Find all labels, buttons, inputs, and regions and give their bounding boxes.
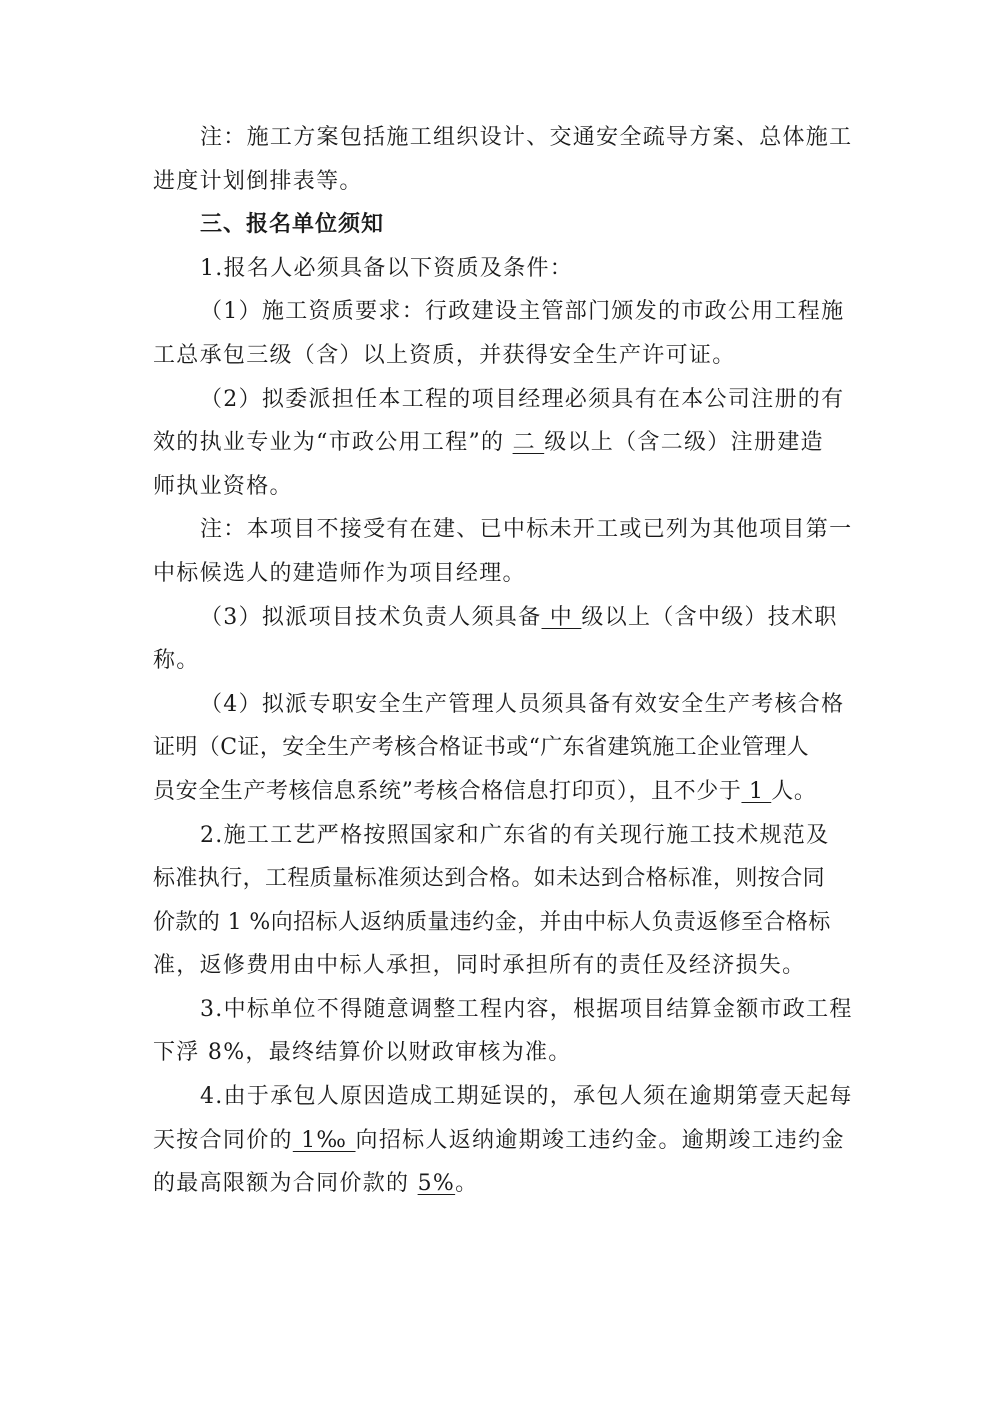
- sub-item-1-line-2: 工总承包三级（含）以上资质，并获得安全生产许可证。: [153, 334, 853, 378]
- item-3-line-2: 下浮 8%，最终结算价以财政审核为准。: [153, 1031, 853, 1075]
- note-project-manager-line-1: 注：本项目不接受有在建、已中标未开工或已列为其他项目第一: [153, 508, 853, 552]
- underlined-value-title-level: 中: [542, 605, 582, 630]
- sub-item-2-line-1: （2）拟委派担任本工程的项目经理必须具有在本公司注册的有: [153, 378, 853, 422]
- item-2-line-2: 标准执行，工程质量标准须达到合格。如未达到合格标准，则按合同: [153, 857, 853, 901]
- text-segment: 人。: [771, 779, 816, 804]
- sub-item-1-line-1: （1）施工资质要求：行政建设主管部门颁发的市政公用工程施: [153, 290, 853, 334]
- item-2-line-1: 2.施工工艺严格按照国家和广东省的有关现行施工技术规范及: [153, 814, 853, 858]
- item-4-line-2: 天按合同价的 1‰ 向招标人返纳逾期竣工违约金。逾期竣工违约金: [153, 1119, 853, 1163]
- note-project-manager-line-2: 中标候选人的建造师作为项目经理。: [153, 552, 853, 596]
- document-page: 注：施工方案包括施工组织设计、交通安全疏导方案、总体施工 进度计划倒排表等。 三…: [153, 116, 853, 1206]
- item-1-intro: 1.报名人必须具备以下资质及条件：: [153, 247, 853, 291]
- note-construction-plan-line-2: 进度计划倒排表等。: [153, 160, 853, 204]
- item-3-line-1: 3.中标单位不得随意调整工程内容，根据项目结算金额市政工程: [153, 988, 853, 1032]
- underlined-value-grade: 二: [513, 430, 545, 455]
- underlined-value-daily-penalty: 1‰: [293, 1128, 356, 1153]
- sub-item-2-line-2: 效的执业专业为“市政公用工程”的 二 级以上（含二级）注册建造: [153, 421, 853, 465]
- text-segment: （3）拟派项目技术负责人须具备: [200, 605, 542, 630]
- text-segment: 的最高限额为合同价款的: [153, 1171, 418, 1196]
- underlined-value-max-penalty: 5%: [418, 1171, 456, 1196]
- text-segment: 。: [455, 1171, 478, 1196]
- sub-item-4-line-2: 证明（C证，安全生产考核合格证书或“广东省建筑施工企业管理人: [153, 726, 853, 770]
- sub-item-2-line-3: 师执业资格。: [153, 465, 853, 509]
- note-construction-plan-line-1: 注：施工方案包括施工组织设计、交通安全疏导方案、总体施工: [153, 116, 853, 160]
- item-4-line-3: 的最高限额为合同价款的 5%。: [153, 1162, 853, 1206]
- item-2-line-4: 准，返修费用由中标人承担，同时承担所有的责任及经济损失。: [153, 944, 853, 988]
- text-segment: 天按合同价的: [153, 1128, 293, 1153]
- sub-item-3-line-2: 称。: [153, 639, 853, 683]
- text-segment: 级以上（含二级）注册建造: [544, 430, 824, 455]
- text-segment: 员安全生产考核信息系统”考核合格信息打印页），且不少于: [153, 779, 741, 804]
- section-heading: 三、报名单位须知: [153, 203, 853, 247]
- item-4-line-1: 4.由于承包人原因造成工期延误的，承包人须在逾期第壹天起每: [153, 1075, 853, 1119]
- text-segment: 效的执业专业为“市政公用工程”的: [153, 430, 513, 455]
- sub-item-4-line-1: （4）拟派专职安全生产管理人员须具备有效安全生产考核合格: [153, 683, 853, 727]
- sub-item-4-line-3: 员安全生产考核信息系统”考核合格信息打印页），且不少于 1 人。: [153, 770, 853, 814]
- sub-item-3-line-1: （3）拟派项目技术负责人须具备 中 级以上（含中级）技术职: [153, 596, 853, 640]
- item-2-line-3: 价款的 1 %向招标人返纳质量违约金，并由中标人负责返修至合格标: [153, 901, 853, 945]
- text-segment: 向招标人返纳逾期竣工违约金。逾期竣工违约金: [356, 1128, 845, 1153]
- underlined-value-count: 1: [741, 779, 771, 804]
- text-segment: 级以上（含中级）技术职: [581, 605, 837, 630]
